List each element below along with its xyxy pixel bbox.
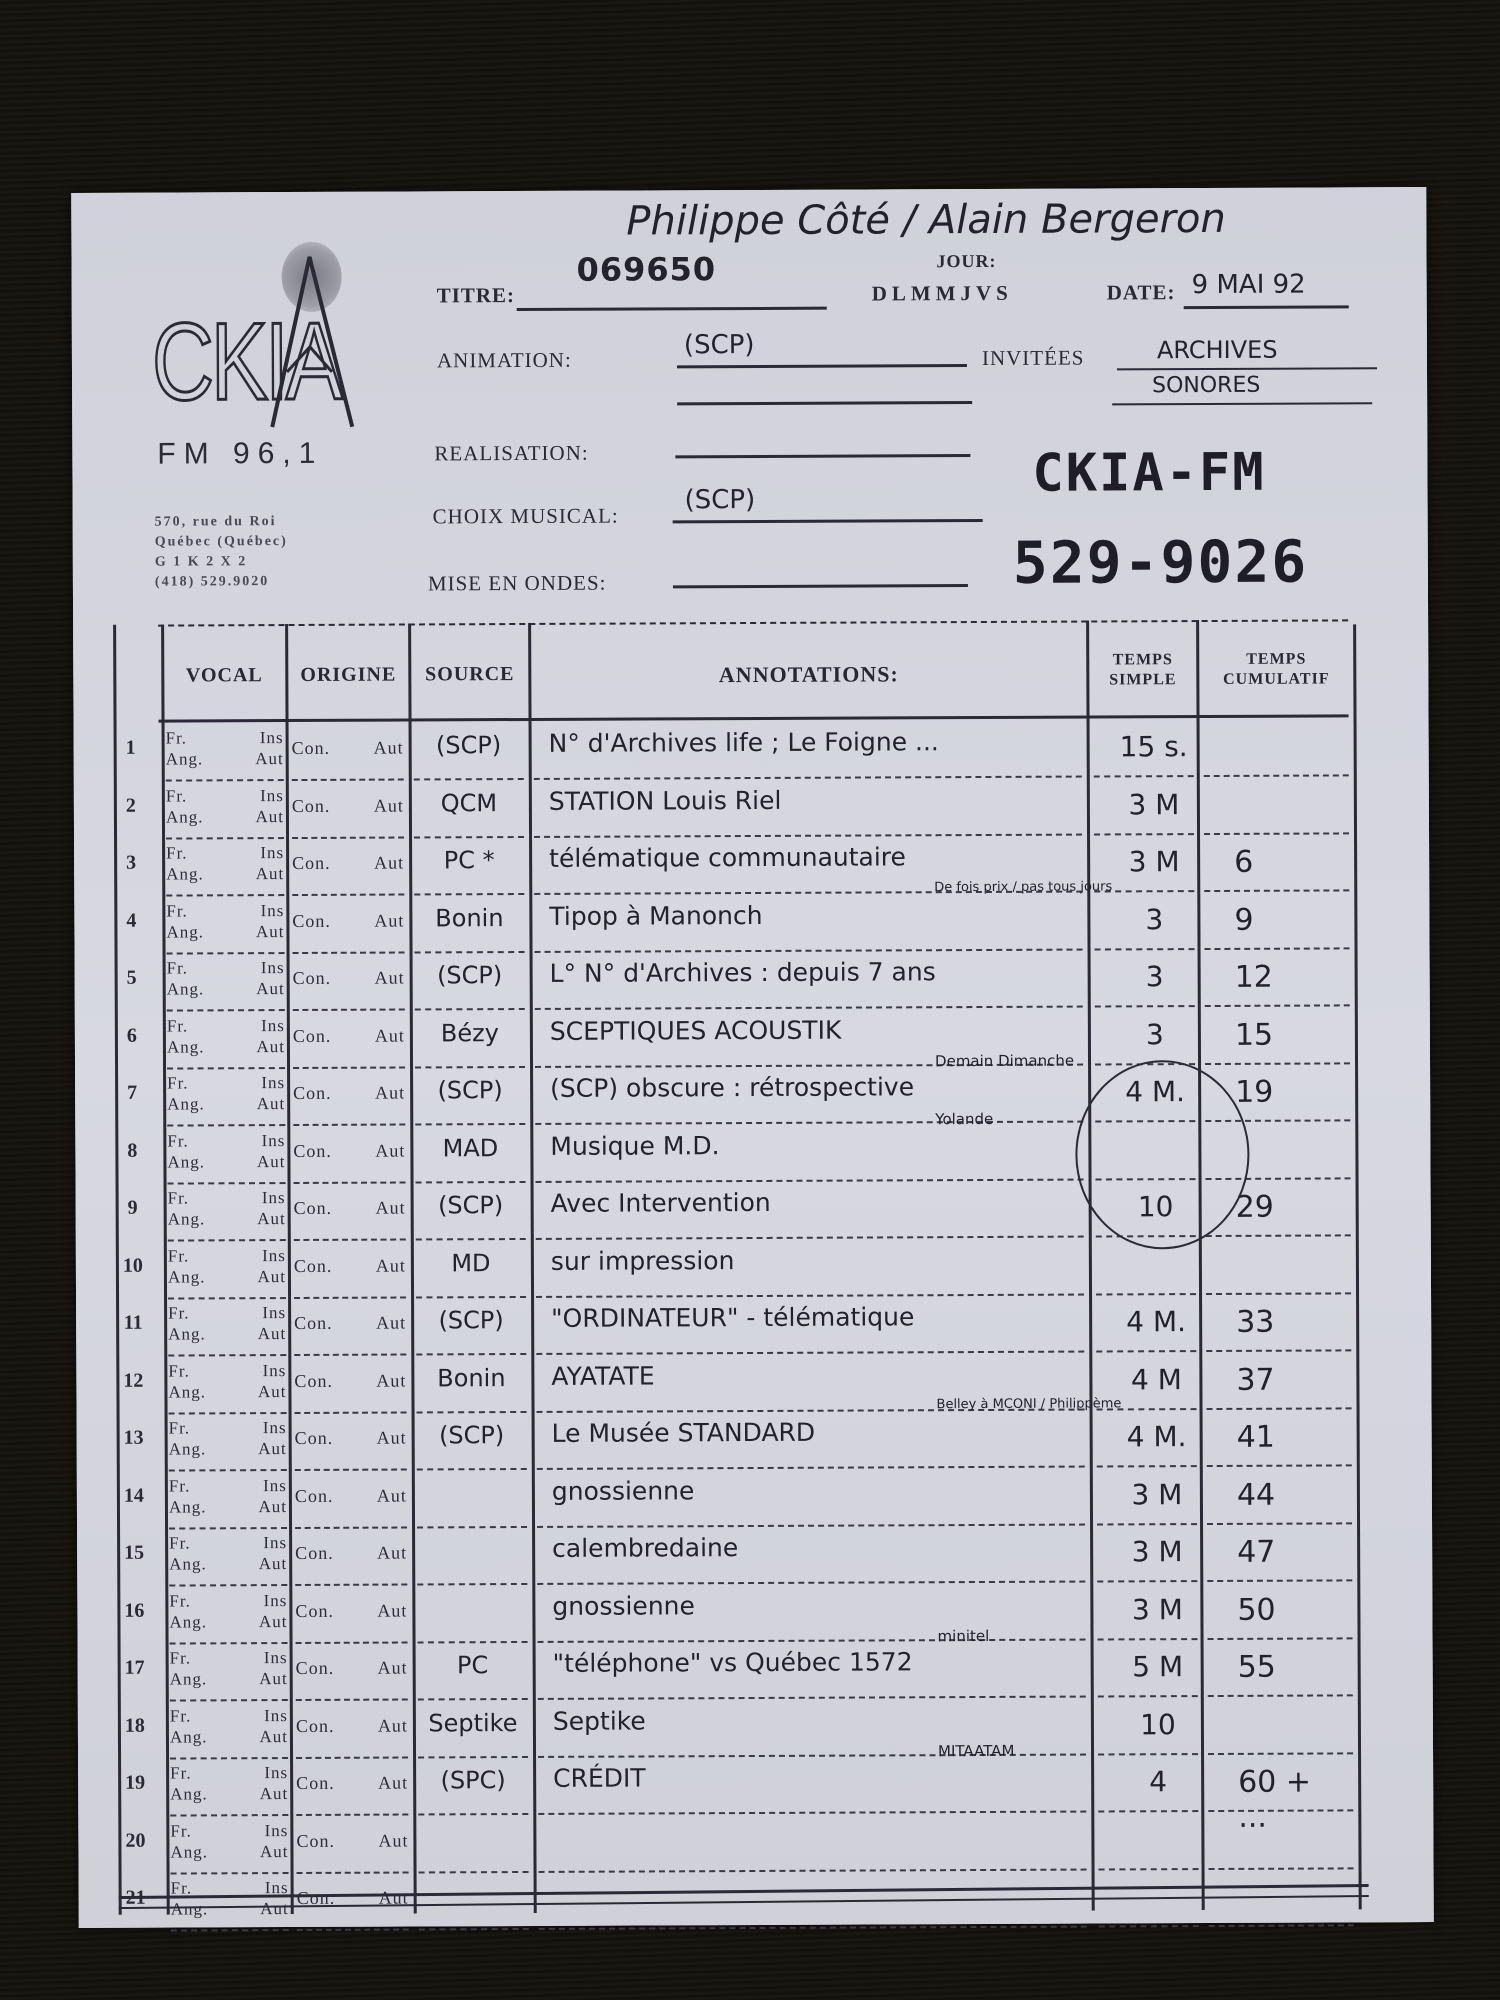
annotation-cell[interactable]: Avec Intervention (551, 1187, 1041, 1218)
temps-cumulatif-cell[interactable]: 19 (1235, 1074, 1335, 1109)
temps-cumulatif-cell[interactable]: 12 (1235, 959, 1335, 994)
origine-options[interactable]: Con.Aut (293, 1025, 405, 1046)
choix-musical-field[interactable]: (SCP) (685, 485, 756, 515)
row-number: 13 (119, 1427, 149, 1450)
station-name: CKIA-FM (1032, 443, 1265, 504)
origine-options[interactable]: Con.Aut (295, 1428, 407, 1449)
realisation-label: REALISATION: (434, 441, 588, 467)
origine-options[interactable]: Con.Aut (295, 1543, 407, 1564)
vocal-options[interactable]: Fr.Ins Ang.Aut (169, 1590, 287, 1633)
annotation-cell[interactable]: "téléphone" vs Québec 1572 (553, 1647, 1043, 1678)
temps-simple-cell[interactable]: 3 (1105, 960, 1205, 993)
mise-en-ondes-label: MISE EN ONDES: (428, 571, 607, 597)
col-header-annotations: ANNOTATIONS: (531, 661, 1086, 689)
temps-simple-cell[interactable]: 3 M (1107, 1593, 1207, 1626)
station-address: 570, rue du Roi Québec (Québec) G 1 K 2 … (155, 512, 288, 593)
row-number: 8 (117, 1139, 147, 1162)
jour-label: JOUR: (936, 251, 996, 272)
titre-field[interactable]: 069650 (576, 250, 716, 289)
annotation-cell[interactable] (554, 1877, 1044, 1879)
vocal-options[interactable]: Fr.Ins Ang.Aut (170, 1705, 288, 1748)
temps-cumulatif-cell[interactable]: 41 (1237, 1419, 1337, 1454)
annotation-cell[interactable]: N° d'Archives life ; Le Foigne ... (549, 727, 1039, 758)
source-cell[interactable]: (SCP) (416, 1306, 526, 1334)
source-cell[interactable]: PC * (414, 846, 524, 874)
vocal-options[interactable]: Fr.Ins Ang.Aut (170, 1762, 288, 1805)
origine-options[interactable]: Con.Aut (292, 910, 404, 931)
row-number: 12 (118, 1369, 148, 1392)
origine-options[interactable]: Con.Aut (294, 1370, 406, 1391)
station-logo: CKIA FM 96,1 (71, 187, 1426, 193)
temps-simple-cell[interactable]: 4 M. (1107, 1420, 1207, 1453)
vocal-options[interactable]: Fr.Ins Ang.Aut (168, 1302, 286, 1345)
col-header-temps-cumulatif: TEMPS CUMULATIF (1199, 649, 1353, 690)
temps-simple-cell[interactable]: 4 M. (1106, 1305, 1206, 1338)
choix-musical-label: CHOIX MUSICAL: (433, 504, 619, 530)
row-number: 9 (118, 1197, 148, 1220)
table-row: 17 Fr.Ins Ang.Aut Con.Aut PC "téléphone"… (118, 1639, 1363, 1701)
annotation-cell[interactable]: AYATATE (551, 1359, 1041, 1390)
origine-options[interactable]: Con.Aut (293, 1140, 405, 1161)
playlist-table: VOCAL ORIGINE SOURCE ANNOTATIONS: TEMPS … (113, 619, 1364, 1914)
table-row: 15 Fr.Ins Ang.Aut Con.Aut calembredaine … (117, 1524, 1362, 1586)
temps-cumulatif-cell[interactable]: 15 (1235, 1017, 1335, 1052)
temps-cumulatif-cell[interactable]: 55 (1238, 1649, 1338, 1684)
origine-options[interactable]: Con.Aut (296, 1830, 408, 1851)
vocal-options[interactable]: Fr.Ins Ang.Aut (168, 1187, 286, 1230)
row-number: 6 (117, 1024, 147, 1047)
annotation-note: minitel (937, 1627, 989, 1645)
vocal-options[interactable]: Fr.Ins Ang.Aut (169, 1475, 287, 1518)
annotation-cell[interactable]: sur impression (551, 1244, 1041, 1275)
annotation-note: De fois prix / pas tous jours (934, 879, 1112, 895)
row-number: 18 (120, 1714, 150, 1737)
logo-call-letters: CKIA (152, 307, 340, 418)
origine-options[interactable]: Con.Aut (296, 1658, 408, 1679)
row-number: 5 (117, 967, 147, 990)
annotation-cell[interactable]: gnossienne (552, 1474, 1042, 1505)
annotation-cell[interactable]: "ORDINATEUR" - télématique (551, 1302, 1041, 1333)
station-phone: 529-9026 (1013, 528, 1309, 597)
annotation-cell[interactable]: Tipop à Manonch (549, 899, 1039, 930)
annotation-cell[interactable]: Septike (553, 1704, 1043, 1735)
temps-simple-cell[interactable]: 3 M (1104, 788, 1204, 821)
source-cell[interactable]: Bonin (416, 1363, 526, 1391)
origine-options[interactable]: Con.Aut (295, 1485, 407, 1506)
vocal-options[interactable]: Fr.Ins Ang.Aut (168, 1245, 286, 1288)
table-row: 2 Fr.Ins Ang.Aut Con.Aut QCM STATION Lou… (114, 777, 1359, 839)
temps-cumulatif-cell[interactable]: 33 (1236, 1304, 1336, 1339)
vocal-options[interactable]: Fr.Ins Ang.Aut (168, 1360, 286, 1403)
origine-options[interactable]: Con.Aut (294, 1198, 406, 1219)
table-row: 16 Fr.Ins Ang.Aut Con.Aut gnossienne 3 M… (117, 1582, 1362, 1644)
annotation-cell[interactable]: L° N° d'Archives : depuis 7 ans (550, 957, 1040, 988)
origine-options[interactable]: Con.Aut (293, 1083, 405, 1104)
origine-options[interactable]: Con.Aut (292, 853, 404, 874)
source-cell[interactable]: (SCP) (415, 961, 525, 989)
source-cell[interactable]: (SCP) (416, 1191, 526, 1219)
origine-options[interactable]: Con.Aut (295, 1600, 407, 1621)
table-row: 3 Fr.Ins Ang.Aut Con.Aut PC * télématiqu… (114, 834, 1359, 896)
source-cell[interactable]: PC (418, 1651, 528, 1679)
temps-cumulatif-cell[interactable]: 47 (1237, 1534, 1337, 1569)
origine-options[interactable]: Con.Aut (292, 795, 404, 816)
invitees-label: INVITÉES (982, 346, 1085, 371)
table-row: 5 Fr.Ins Ang.Aut Con.Aut (SCP) L° N° d'A… (115, 949, 1360, 1011)
temps-cumulatif-cell[interactable]: 44 (1237, 1477, 1337, 1512)
source-cell[interactable]: Septike (418, 1708, 528, 1736)
annotation-note: Belley à MCONI / Philippème (936, 1396, 1121, 1412)
temps-simple-cell[interactable]: 4 M (1106, 1363, 1206, 1396)
table-row: 14 Fr.Ins Ang.Aut Con.Aut gnossienne 3 M… (117, 1467, 1362, 1529)
row-number: 20 (120, 1829, 150, 1852)
temps-simple-cell[interactable]: 3 (1104, 903, 1204, 936)
row-number: 19 (120, 1772, 150, 1795)
vocal-options[interactable]: Fr.Ins Ang.Aut (167, 1015, 285, 1058)
row-number: 1 (116, 737, 146, 760)
vocal-options[interactable]: Fr.Ins Ang.Aut (166, 842, 284, 885)
source-cell[interactable]: (SPC) (418, 1766, 528, 1794)
handwritten-circle-mark (1075, 1060, 1250, 1250)
vocal-options[interactable]: Fr.Ins Ang.Aut (170, 1820, 288, 1863)
annotation-note: MITAATAM (938, 1742, 1014, 1760)
temps-cumulatif-cell[interactable]: 37 (1236, 1362, 1336, 1397)
vocal-options[interactable]: Fr.Ins Ang.Aut (169, 1532, 287, 1575)
table-row: 6 Fr.Ins Ang.Aut Con.Aut Bézy SCEPTIQUES… (115, 1007, 1360, 1069)
annotation-cell[interactable]: gnossienne (552, 1589, 1042, 1620)
row-number: 2 (116, 794, 146, 817)
temps-simple-cell[interactable]: 5 M (1108, 1650, 1208, 1683)
titre-label: TITRE: (437, 283, 515, 308)
annotation-cell[interactable]: STATION Louis Riel (549, 784, 1039, 815)
annotation-cell[interactable]: Le Musée STANDARD (552, 1417, 1042, 1448)
vocal-options[interactable]: Fr.Ins Ang.Aut (166, 900, 284, 943)
col-header-origine: ORIGINE (288, 663, 408, 687)
date-field[interactable]: 9 MAI 92 (1192, 270, 1306, 300)
annotation-cell[interactable] (553, 1819, 1043, 1821)
temps-simple-cell[interactable]: 3 M (1107, 1535, 1207, 1568)
row-number: 15 (119, 1542, 149, 1565)
invitees-field-2[interactable]: SONORES (1152, 373, 1260, 398)
invitees-field-1[interactable]: ARCHIVES (1157, 336, 1278, 365)
col-header-vocal: VOCAL (165, 664, 283, 688)
temps-cumulatif-cell[interactable]: 29 (1236, 1189, 1336, 1224)
source-cell[interactable]: (SCP) (414, 731, 524, 759)
hosts-handwritten: Philippe Côté / Alain Bergeron (626, 196, 1226, 245)
annotation-note: Demain Dimanche (935, 1052, 1074, 1071)
vocal-options[interactable]: Fr.Ins Ang.Aut (167, 1072, 285, 1115)
vocal-options[interactable]: Fr.Ins Ang.Aut (166, 727, 284, 770)
table-row: 4 Fr.Ins Ang.Aut Con.Aut Bonin Tipop à M… (114, 892, 1359, 954)
annotation-cell[interactable]: (SCP) obscure : rétrospective (550, 1072, 1040, 1103)
row-number: 11 (118, 1312, 148, 1335)
origine-options[interactable]: Con.Aut (292, 738, 404, 759)
origine-options[interactable]: Con.Aut (293, 968, 405, 989)
vocal-options[interactable]: Fr.Ins Ang.Aut (170, 1647, 288, 1690)
row-number: 7 (117, 1082, 147, 1105)
table-row: 11 Fr.Ins Ang.Aut Con.Aut (SCP) "ORDINAT… (116, 1294, 1361, 1356)
row-number: 10 (118, 1254, 148, 1277)
row-number: 17 (120, 1657, 150, 1680)
source-cell[interactable]: Bézy (415, 1018, 525, 1046)
annotation-cell[interactable]: Musique M.D. (550, 1129, 1040, 1160)
logo-frequency: FM 96,1 (157, 437, 323, 472)
vocal-options[interactable]: Fr.Ins Ang.Aut (169, 1417, 287, 1460)
row-number: 16 (119, 1599, 149, 1622)
row-number: 4 (116, 909, 146, 932)
col-header-temps-simple: TEMPS SIMPLE (1089, 650, 1196, 690)
table-row: 20 Fr.Ins Ang.Aut Con.Aut (118, 1812, 1363, 1874)
temps-simple-cell[interactable]: 10 (1108, 1708, 1208, 1741)
row-number: 3 (116, 852, 146, 875)
vocal-options[interactable]: Fr.Ins Ang.Aut (167, 1130, 285, 1173)
source-cell[interactable]: MAD (415, 1133, 525, 1161)
animation-label: ANIMATION: (437, 348, 572, 374)
annotation-cell[interactable]: SCEPTIQUES ACOUSTIK (550, 1014, 1040, 1045)
source-cell[interactable]: QCM (414, 788, 524, 816)
annotation-note: Yolande (935, 1109, 993, 1127)
annotation-cell[interactable]: télématique communautaire (549, 842, 1039, 873)
animation-field[interactable]: (SCP) (684, 330, 755, 360)
origine-options[interactable]: Con.Aut (294, 1313, 406, 1334)
vocal-options[interactable]: Fr.Ins Ang.Aut (166, 785, 284, 828)
col-header-source: SOURCE (411, 663, 528, 687)
source-cell[interactable]: (SCP) (415, 1076, 525, 1104)
date-label: DATE: (1107, 280, 1176, 305)
temps-cumulatif-cell[interactable]: 9 (1234, 902, 1334, 937)
table-row: 12 Fr.Ins Ang.Aut Con.Aut Bonin AYATATE … (116, 1352, 1361, 1414)
table-row: 1 Fr.Ins Ang.Aut Con.Aut (SCP) N° d'Arch… (114, 719, 1359, 781)
temps-simple-cell[interactable]: 4 (1108, 1765, 1208, 1798)
log-sheet: CKIA FM 96,1 570, rue du Roi Québec (Qué… (71, 187, 1434, 1928)
source-cell[interactable]: (SCP) (417, 1421, 527, 1449)
temps-simple-cell[interactable]: 3 M (1104, 845, 1204, 878)
table-row: 13 Fr.Ins Ang.Aut Con.Aut (SCP) Le Musée… (117, 1409, 1362, 1471)
temps-simple-cell[interactable]: 3 M (1107, 1478, 1207, 1511)
source-cell[interactable]: Bonin (414, 903, 524, 931)
temps-cumulatif-cell[interactable]: 6 (1234, 844, 1334, 879)
origine-options[interactable]: Con.Aut (294, 1255, 406, 1276)
origine-options[interactable]: Con.Aut (296, 1773, 408, 1794)
annotation-cell[interactable]: CRÉDIT (553, 1762, 1043, 1793)
table-row: 18 Fr.Ins Ang.Aut Con.Aut Septike Septik… (118, 1697, 1363, 1759)
row-number: 14 (119, 1484, 149, 1507)
origine-options[interactable]: Con.Aut (296, 1715, 408, 1736)
table-row: 19 Fr.Ins Ang.Aut Con.Aut (SPC) CRÉDIT M… (118, 1754, 1363, 1816)
temps-simple-cell[interactable]: 15 s. (1104, 730, 1204, 763)
source-cell[interactable]: MD (416, 1248, 526, 1276)
temps-simple-cell[interactable]: 3 (1105, 1018, 1205, 1051)
jour-field[interactable]: DLMMJVS (872, 281, 1013, 307)
annotation-cell[interactable]: calembredaine (552, 1532, 1042, 1563)
temps-cumulatif-cell[interactable]: 50 (1237, 1592, 1337, 1627)
vocal-options[interactable]: Fr.Ins Ang.Aut (167, 957, 285, 1000)
